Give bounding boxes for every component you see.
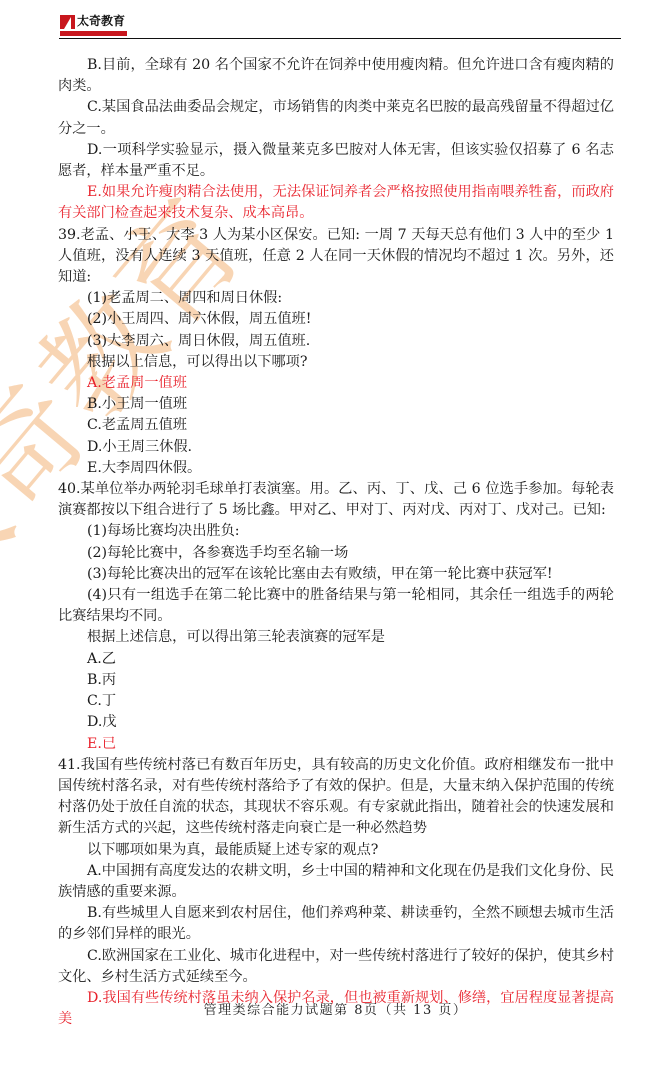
q38-option-b: B.目前，全球有 20 名个国家不允许在饲养中使用瘦肉精。但允许进口含有瘦肉精的… [58, 55, 614, 97]
q40-stem: 40.某单位举办两轮羽毛球单打表演塞。用。乙、丙、丁、戊、己 6 位选手参加。每… [58, 479, 614, 521]
q39-condition-3: (3)大李周六、周日休假，周五值班. [58, 331, 614, 352]
page-header: 太奇教育 [59, 14, 619, 40]
q39-option-a-answer: A.老孟周一值班 [58, 373, 614, 394]
q38-option-e-answer: E.如果允许瘦肉精合法使用，无法保证饲养者会严格按照使用指南喂养牲畜，而政府有关… [58, 182, 614, 224]
q39-question: 根据以上信息，可以得出以下哪项? [58, 352, 614, 373]
q39-stem: 39.老孟、小王、大李 3 人为某小区保安。已知: 一周 7 天每天总有他们 3… [58, 225, 614, 289]
logo-subtitle-bar [60, 31, 127, 36]
q41-question: 以下哪项如果为真，最能质疑上述专家的观点? [58, 840, 614, 861]
q40-condition-3: (3)每轮比赛决出的冠军在该轮比塞由去有败绩，甲在第一轮比赛中获冠军! [58, 564, 614, 585]
q41-stem: 41.我国有些传统村落已有数百年历史，具有较高的历史文化价值。政府相继发布一批中… [58, 755, 614, 840]
q39-condition-1: (1)老孟周二、周四和周日休假: [58, 288, 614, 309]
q39-option-b: B.小王周一值班 [58, 394, 614, 415]
q39-option-e: E.大李周四休假。 [58, 458, 614, 479]
q41-option-b: B.有些城里人自愿来到农村居住，他们养鸡种菜、耕读垂钓，全然不顾想去城市生活的乡… [58, 903, 614, 945]
header-divider [59, 38, 621, 39]
q38-option-d: D.一项科学实验显示，摄入微量莱克多巴胺对人体无害，但该实验仅招募了 6 名志愿… [58, 140, 614, 182]
q40-condition-4: (4)只有一组选手在第二轮比赛中的胜备结果与第一轮相同，其余任一组选手的两轮比赛… [58, 585, 614, 627]
q41-option-c: C.欧洲国家在工业化、城市化进程中，对一些传统村落进行了较好的保护，使其乡村文化… [58, 946, 614, 988]
q40-option-a: A.乙 [58, 649, 614, 670]
logo-mark-icon [60, 15, 75, 29]
q40-question: 根据上述信息，可以得出第三轮表演赛的冠军是 [58, 627, 614, 648]
page-footer: 管理类综合能力试题第 8页（共 13 页） [0, 999, 671, 1018]
q40-option-d: D.戊 [58, 712, 614, 733]
q40-condition-1: (1)每场比赛均决出胜负: [58, 521, 614, 542]
q39-option-c: C.老孟周五值班 [58, 415, 614, 436]
exam-content: B.目前，全球有 20 名个国家不允许在饲养中使用瘦肉精。但允许进口含有瘦肉精的… [58, 55, 614, 1030]
q38-option-c: C.某国食品法曲委品会规定，市场销售的肉类中莱克名巴胺的最高残留量不得超过亿分之… [58, 97, 614, 139]
q40-condition-2: (2)每轮比赛中，各参赛选手均至名输一场 [58, 543, 614, 564]
q40-option-c: C.丁 [58, 691, 614, 712]
q39-condition-2: (2)小王周四、周六休假，周五值班! [58, 309, 614, 330]
taiqi-logo: 太奇教育 [59, 14, 131, 38]
logo-text: 太奇教育 [77, 14, 125, 29]
q40-option-e-answer: E.已 [58, 734, 614, 755]
q40-option-b: B.丙 [58, 670, 614, 691]
q39-option-d: D.小王周三休假. [58, 437, 614, 458]
q41-option-a: A.中国拥有高度发达的农耕文明，乡士中国的精神和文化现在仍是我们文化身份、民族情… [58, 861, 614, 903]
